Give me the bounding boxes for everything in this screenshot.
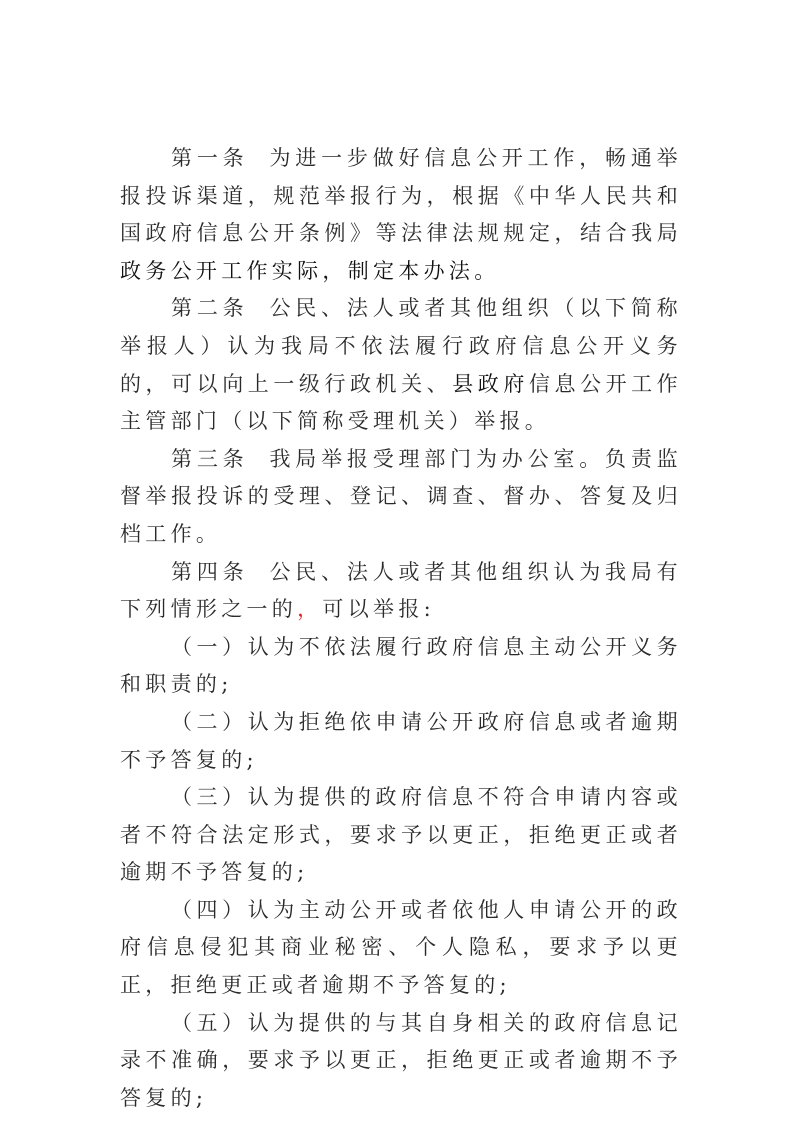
article-number: 第三条 — [171, 447, 248, 471]
article-number: 第一条 — [171, 146, 248, 170]
item-label: （三） — [171, 785, 248, 809]
article-number: 第四条 — [171, 560, 248, 584]
article-number: 第二条 — [171, 296, 248, 320]
list-item-3: （三）认为提供的政府信息不符合申请内容或者不符合法定形式，要求予以更正，拒绝更正… — [120, 779, 682, 892]
list-item-1: （一）认为不依法履行政府信息主动公开义务和职责的; — [120, 629, 682, 704]
red-comma: ， — [297, 597, 322, 621]
article-1: 第一条为进一步做好信息公开工作，畅通举报投诉渠道，规范举报行为，根据《中华人民共… — [120, 140, 682, 290]
article-2: 第二条公民、法人或者其他组织（以下简称举报人）认为我局不依法履行政府信息公开义务… — [120, 290, 682, 440]
item-label: （二） — [171, 710, 248, 734]
item-label: （四） — [171, 898, 248, 922]
article-4: 第四条公民、法人或者其他组织认为我局有下列情形之一的，可以举报: — [120, 554, 682, 629]
document-page: 第一条为进一步做好信息公开工作，畅通举报投诉渠道，规范举报行为，根据《中华人民共… — [120, 140, 682, 1117]
item-label: （五） — [171, 1011, 248, 1035]
article-text-emphasis: 政务公开工作实际，制定本办法。 — [120, 259, 500, 283]
article-3: 第三条我局举报受理部门为办公室。负责监督举报投诉的受理、登记、调查、督办、答复及… — [120, 441, 682, 554]
article-text: 可以举报: — [322, 597, 435, 621]
list-item-4: （四）认为主动公开或者依他人申请公开的政府信息侵犯其商业秘密、个人隐私，要求予以… — [120, 892, 682, 1005]
item-label: （一） — [171, 635, 248, 659]
article-text-emphasis: 县政府 — [452, 372, 529, 396]
list-item-2: （二）认为拒绝依申请公开政府信息或者逾期不予答复的; — [120, 704, 682, 779]
list-item-5: （五）认为提供的与其自身相关的政府信息记录不准确，要求予以更正，拒绝更正或者逾期… — [120, 1005, 682, 1118]
